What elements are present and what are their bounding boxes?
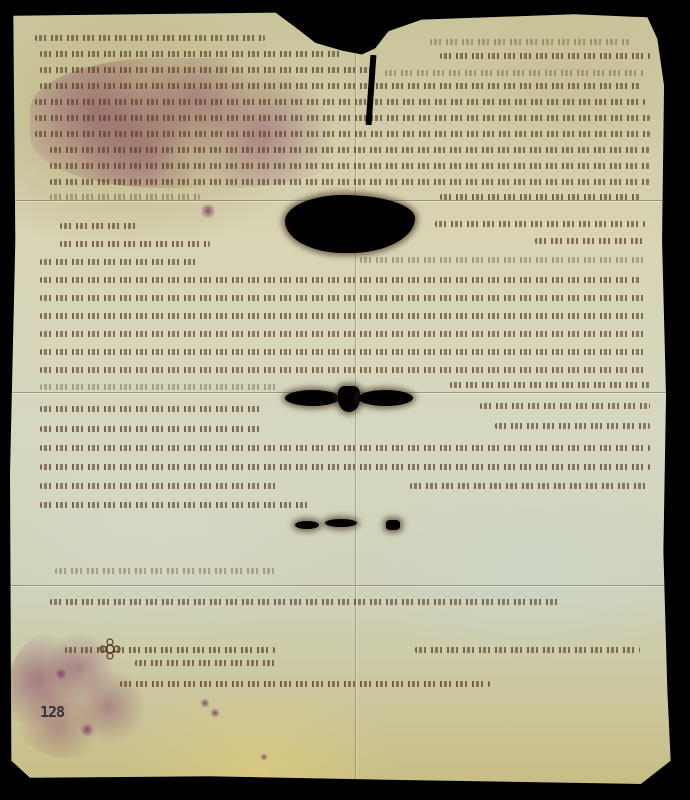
- parchment-hole: [358, 390, 413, 406]
- parchment-hole: [295, 521, 319, 529]
- mold-stain: [260, 753, 268, 761]
- text-line: [40, 51, 340, 57]
- text-line: [440, 53, 650, 59]
- text-line: [35, 99, 645, 105]
- subscription-line: [65, 647, 275, 653]
- text-line: [40, 406, 260, 412]
- text-line: [60, 241, 210, 247]
- text-line: [40, 483, 280, 489]
- text-line: [40, 67, 370, 73]
- text-line: [35, 131, 650, 137]
- text-line: [40, 426, 260, 432]
- closing-line: [50, 599, 560, 605]
- text-line: [430, 39, 630, 45]
- mold-stain: [210, 708, 220, 718]
- mold-stain: [55, 668, 67, 680]
- text-line: [495, 423, 650, 429]
- text-line: [535, 238, 645, 244]
- text-line: [40, 445, 650, 451]
- fold-line-horizontal: [10, 585, 674, 586]
- text-line: [40, 464, 650, 470]
- text-line: [40, 331, 645, 337]
- text-line: [50, 147, 650, 153]
- mold-stain: [200, 203, 216, 219]
- text-line: [40, 349, 645, 355]
- document-viewer: 128: [0, 0, 690, 800]
- text-line: [440, 194, 640, 200]
- text-line: [40, 384, 280, 390]
- parchment-hole: [325, 519, 357, 527]
- text-line: [480, 403, 650, 409]
- text-line: [40, 83, 640, 89]
- text-line: [50, 163, 650, 169]
- text-line: [385, 70, 645, 76]
- text-line: [40, 367, 645, 373]
- text-line: [40, 313, 645, 319]
- text-line: [40, 259, 200, 265]
- text-line: [360, 257, 645, 263]
- text-line: [35, 115, 650, 121]
- text-line: [40, 277, 640, 283]
- text-line: [50, 179, 650, 185]
- text-line: [435, 221, 645, 227]
- text-line: [50, 194, 200, 200]
- text-line: [55, 568, 275, 574]
- mold-stain: [200, 698, 210, 708]
- parchment-hole: [338, 386, 360, 412]
- text-line: [60, 223, 140, 229]
- text-line: [35, 35, 265, 41]
- mold-stain: [80, 723, 94, 737]
- parchment-hole: [285, 390, 340, 406]
- subscription-line: [120, 681, 490, 687]
- parchment-hole: [386, 520, 400, 530]
- text-line: [40, 295, 645, 301]
- subscription-line: [415, 647, 640, 653]
- archive-number: 128: [40, 703, 64, 721]
- text-line: [450, 382, 650, 388]
- subscription-line: [135, 660, 275, 666]
- text-line: [40, 502, 310, 508]
- text-line: [410, 483, 650, 489]
